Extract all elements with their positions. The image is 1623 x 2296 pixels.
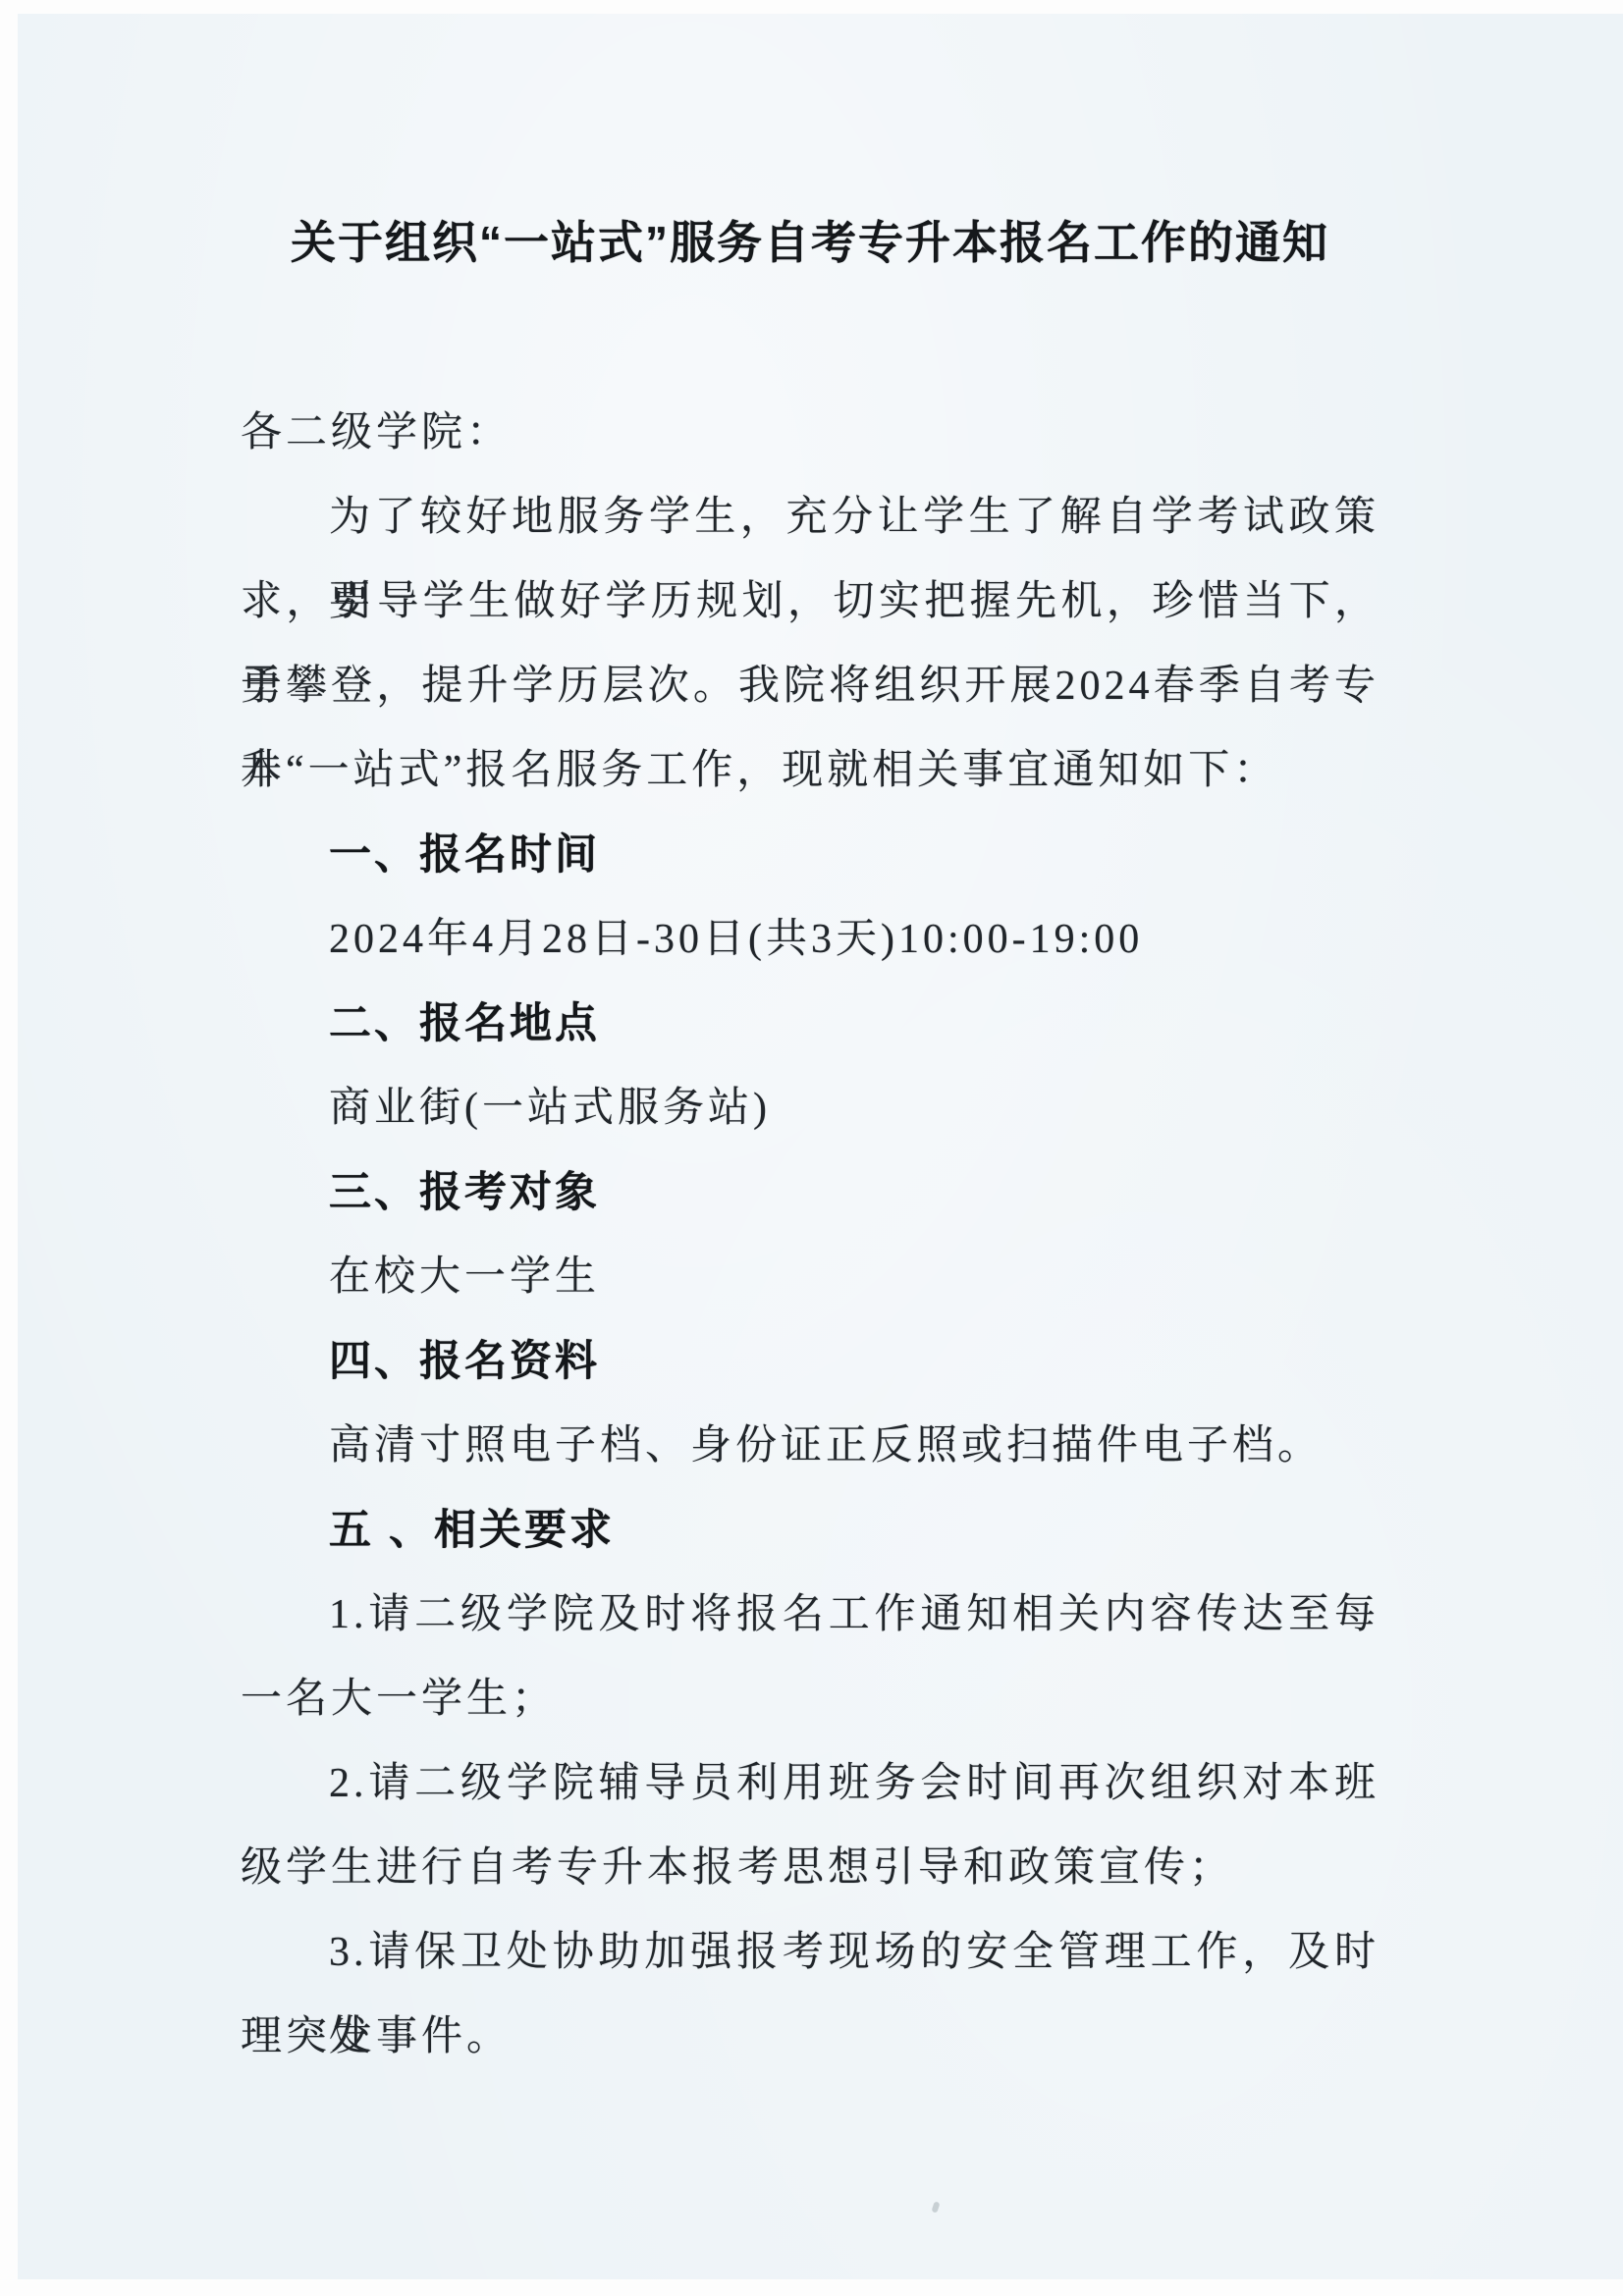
document-line: 各二级学院：: [241, 391, 1380, 475]
document-line: 二、报名地点: [241, 982, 1380, 1066]
document-line: 3.请保卫处协助加强报考现场的安全管理工作，及时处: [241, 1910, 1380, 1995]
document-line: 高清寸照电子档、身份证正反照或扫描件电子档。: [241, 1404, 1380, 1488]
document-line: 1.请二级学院及时将报名工作通知相关内容传达至每: [241, 1573, 1380, 1657]
document-line: 为了较好地服务学生，充分让学生了解自学考试政策要: [241, 475, 1380, 560]
document-line: 2024年4月28日-30日(共3天)10:00-19:00: [241, 897, 1380, 982]
notice-title: 关于组织“一站式”服务自考专升本报名工作的通知: [241, 218, 1380, 267]
document-line: 在校大一学生: [241, 1235, 1380, 1319]
document-line: 本“一站式”报名服务工作，现就相关事宜通知如下：: [241, 728, 1380, 813]
document-line: 求，引导学生做好学历规划，切实把握先机，珍惜当下，勇: [241, 560, 1380, 644]
document-line: 五 、相关要求: [241, 1488, 1380, 1573]
document-line: 一、报名时间: [241, 813, 1380, 897]
document-line: 2.请二级学院辅导员利用班务会时间再次组织对本班: [241, 1741, 1380, 1826]
notice-document: 关于组织“一站式”服务自考专升本报名工作的通知 各二级学院：为了较好地服务学生，…: [241, 218, 1380, 2079]
document-line: 三、报考对象: [241, 1150, 1380, 1235]
scanned-notice-page: 关于组织“一站式”服务自考专升本报名工作的通知 各二级学院：为了较好地服务学生，…: [0, 0, 1623, 2296]
document-line: 于攀登，提升学历层次。我院将组织开展2024春季自考专升: [241, 644, 1380, 728]
document-line: 级学生进行自考专升本报考思想引导和政策宣传；: [241, 1826, 1380, 1910]
document-line: 理突发事件。: [241, 1995, 1380, 2079]
document-line: 商业街(一站式服务站): [241, 1066, 1380, 1150]
document-line: 四、报名资料: [241, 1319, 1380, 1404]
notice-body: 各二级学院：为了较好地服务学生，充分让学生了解自学考试政策要求，引导学生做好学历…: [241, 391, 1380, 2079]
document-line: 一名大一学生；: [241, 1657, 1380, 1741]
